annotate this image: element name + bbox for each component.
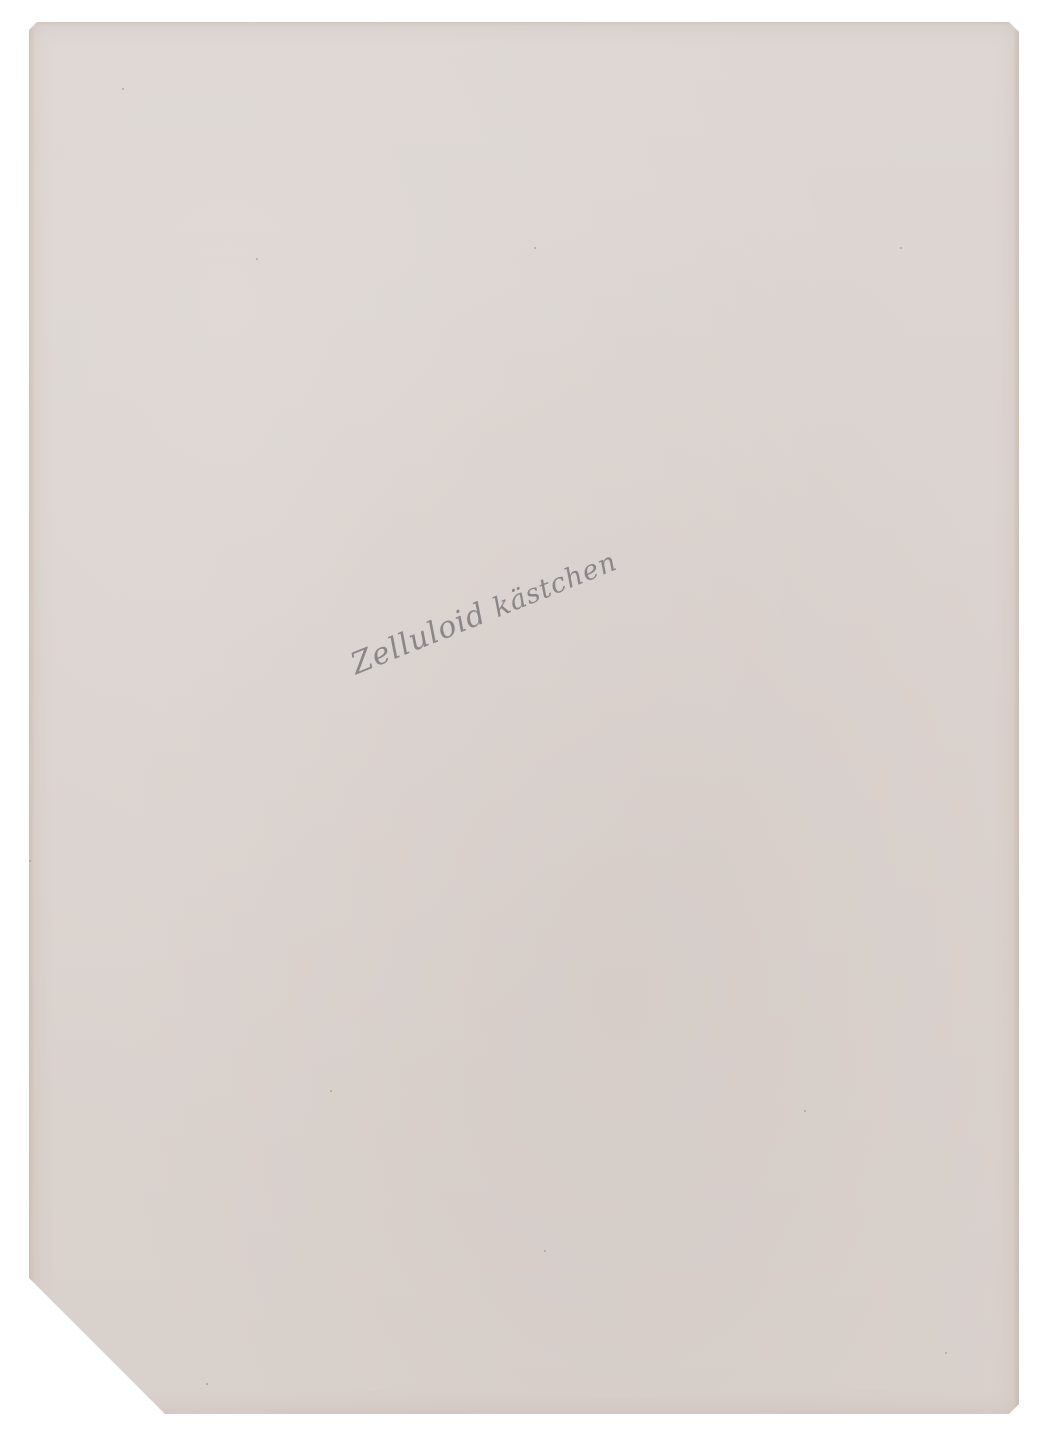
- paper-sheet: Zelluloidkästchen: [29, 22, 1019, 1414]
- paper-speck: [544, 1250, 546, 1252]
- paper-speck: [256, 258, 258, 260]
- paper-speck: [900, 247, 902, 249]
- paper-speck: [122, 88, 124, 90]
- pencil-inscription: Zelluloidkästchen: [346, 543, 622, 682]
- paper-speck: [29, 860, 31, 862]
- paper-speck: [804, 1110, 806, 1112]
- inscription-word-zelluloid: Zelluloid: [346, 596, 491, 682]
- paper-speck: [945, 1352, 947, 1354]
- paper-speck: [206, 1383, 208, 1385]
- paper-speck: [534, 247, 536, 249]
- inscription-word-kaestchen: kästchen: [488, 546, 621, 624]
- paper-speck: [330, 1090, 332, 1092]
- paper-edge-discoloration: [29, 22, 1019, 1414]
